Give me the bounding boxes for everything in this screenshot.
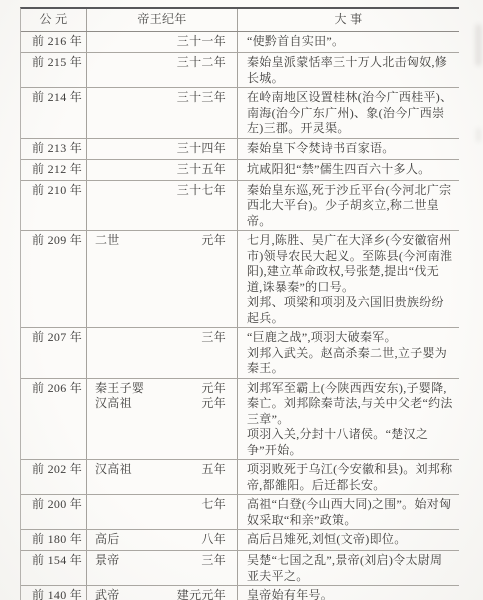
reign-year: 七年: [201, 497, 226, 513]
reign-year: 三十七年: [177, 183, 226, 199]
reign-cell: 高后八年: [87, 530, 238, 550]
reign-line: 三十五年: [95, 162, 226, 178]
table-row: 前 140 年武帝建元元年皇帝始有年号。: [21, 586, 459, 600]
reign-line: 高后八年: [95, 532, 226, 548]
event-cell: 皇帝始有年号。: [238, 586, 459, 600]
reign-year: 元年: [201, 396, 226, 412]
event-paragraph: 高后吕雉死,刘恒(文帝)即位。: [247, 532, 453, 548]
reign-cell: 二世元年: [87, 231, 238, 327]
event-paragraph: 吴楚“七国之乱”,景帝(刘启)令太尉周亚夫平之。: [247, 553, 453, 584]
reign-line: 七年: [95, 497, 226, 513]
reign-year: 三年: [201, 330, 226, 346]
event-cell: 高后吕雉死,刘恒(文帝)即位。: [238, 530, 459, 550]
table-row: 前 216 年三十一年“使黔首自实田”。: [21, 32, 459, 53]
event-paragraph: 七月,陈胜、吴广在大泽乡(今安徽宿州市)领导农民大起义。至陈县(今河南淮阳),建…: [247, 233, 453, 295]
ce-year-cell: 前 154 年: [21, 551, 87, 585]
event-paragraph: “巨鹿之战”,项羽大破秦军。: [247, 330, 453, 346]
event-cell: 在岭南地区设置桂林(治今广西桂平)、南海(治今广东广州)、象(治今广西崇左)三郡…: [238, 88, 459, 138]
ce-year-cell: 前 200 年: [21, 495, 87, 529]
reign-cell: 三十一年: [87, 32, 238, 52]
ce-year-cell: 前 212 年: [21, 160, 87, 180]
reign-year: 八年: [201, 532, 226, 548]
scan-artifact: [476, 128, 481, 142]
event-cell: 坑咸阳犯“禁”儒生四百六十多人。: [238, 160, 459, 180]
chronology-table: 公 元 帝王纪年 大 事 前 216 年三十一年“使黔首自实田”。前 215 年…: [20, 7, 459, 600]
reign-line: 三十四年: [95, 141, 226, 157]
event-cell: 刘邦军至霸上(今陕西西安东),子婴降,秦亡。刘邦除秦苛法,与关中父老“约法三章”…: [238, 379, 459, 460]
event-paragraph: 刘邦军至霸上(今陕西西安东),子婴降,秦亡。刘邦除秦苛法,与关中父老“约法三章”…: [247, 381, 453, 428]
event-paragraph: 秦始皇下令焚诗书百家语。: [247, 141, 453, 157]
event-cell: “巨鹿之战”,项羽大破秦军。刘邦入武关。赵高杀秦二世,立子婴为秦王。: [238, 328, 459, 378]
table-body: 前 216 年三十一年“使黔首自实田”。前 215 年三十二年秦始皇派蒙恬率三十…: [21, 32, 459, 600]
reign-line: 秦王子婴元年: [95, 381, 226, 397]
event-paragraph: 刘邦入武关。赵高杀秦二世,立子婴为秦王。: [247, 346, 453, 377]
reign-year: 三十三年: [177, 90, 226, 106]
header-common-era: 公 元: [21, 9, 87, 31]
reign-cell: 三十五年: [87, 160, 238, 180]
event-paragraph: 项羽败死于乌江(今安徽和县)。刘邦称帝,都雒阳。后迁都长安。: [247, 462, 453, 493]
reign-year: 元年: [201, 381, 226, 397]
reign-line: 三十二年: [95, 55, 226, 71]
reign-line: 三十七年: [95, 183, 226, 199]
reign-line: 三十一年: [95, 34, 226, 50]
event-paragraph: 刘邦、项梁和项羽及六国旧贵族纷纷起兵。: [247, 295, 453, 326]
table-row: 前 207 年三年“巨鹿之战”,项羽大破秦军。刘邦入武关。赵高杀秦二世,立子婴为…: [21, 328, 459, 379]
reign-cell: 三十七年: [87, 181, 238, 231]
reign-cell: 三十二年: [87, 53, 238, 87]
table-row: 前 154 年景帝三年吴楚“七国之乱”,景帝(刘启)令太尉周亚夫平之。: [21, 551, 459, 586]
reign-year: 五年: [201, 462, 226, 478]
reign-cell: 三十四年: [87, 139, 238, 159]
table-row: 前 209 年二世元年七月,陈胜、吴广在大泽乡(今安徽宿州市)领导农民大起义。至…: [21, 231, 459, 328]
reign-line: 三年: [95, 330, 226, 346]
event-paragraph: 坑咸阳犯“禁”儒生四百六十多人。: [247, 162, 453, 178]
header-major-events: 大 事: [238, 9, 459, 31]
event-paragraph: 皇帝始有年号。: [247, 588, 453, 600]
ce-year-cell: 前 214 年: [21, 88, 87, 138]
emperor-name: 二世: [95, 233, 120, 249]
emperor-name: 汉高祖: [95, 462, 132, 478]
event-paragraph: 秦始皇派蒙恬率三十万人北击匈奴,修长城。: [247, 55, 453, 86]
ce-year-cell: 前 207 年: [21, 328, 87, 378]
reign-line: 汉高祖五年: [95, 462, 226, 478]
event-cell: 秦始皇东巡,死于沙丘平台(今河北广宗西北大平台)。少子胡亥立,称二世皇帝。: [238, 181, 459, 231]
table-row: 前 200 年七年高祖“白登(今山西大同)之围”。始对匈奴采取“和亲”政策。: [21, 495, 459, 530]
table-row: 前 214 年三十三年在岭南地区设置桂林(治今广西桂平)、南海(治今广东广州)、…: [21, 88, 459, 139]
ce-year-cell: 前 180 年: [21, 530, 87, 550]
event-cell: 七月,陈胜、吴广在大泽乡(今安徽宿州市)领导农民大起义。至陈县(今河南淮阳),建…: [238, 231, 459, 327]
table-row: 前 215 年三十二年秦始皇派蒙恬率三十万人北击匈奴,修长城。: [21, 53, 459, 88]
ce-year-cell: 前 209 年: [21, 231, 87, 327]
emperor-name: 景帝: [95, 553, 120, 569]
ce-year-cell: 前 210 年: [21, 181, 87, 231]
scan-artifact: [475, 24, 482, 66]
reign-year: 三十一年: [177, 34, 226, 50]
reign-line: 三十三年: [95, 90, 226, 106]
reign-year: 三十五年: [177, 162, 226, 178]
table-row: 前 180 年高后八年高后吕雉死,刘恒(文帝)即位。: [21, 530, 459, 551]
reign-line: 景帝三年: [95, 553, 226, 569]
event-cell: “使黔首自实田”。: [238, 32, 459, 52]
event-cell: 秦始皇下令焚诗书百家语。: [238, 139, 459, 159]
reign-line: 武帝建元元年: [95, 588, 226, 600]
reign-year: 三十四年: [177, 141, 226, 157]
reign-line: 汉高祖元年: [95, 396, 226, 412]
reign-cell: 景帝三年: [87, 551, 238, 585]
reign-cell: 武帝建元元年: [87, 586, 238, 600]
event-paragraph: 在岭南地区设置桂林(治今广西桂平)、南海(治今广东广州)、象(治今广西崇左)三郡…: [247, 90, 453, 137]
reign-cell: 秦王子婴元年汉高祖元年: [87, 379, 238, 460]
reign-year: 三十二年: [177, 55, 226, 71]
reign-cell: 七年: [87, 495, 238, 529]
ce-year-cell: 前 215 年: [21, 53, 87, 87]
ce-year-cell: 前 202 年: [21, 460, 87, 494]
reign-year: 建元元年: [177, 588, 226, 600]
event-paragraph: “使黔首自实田”。: [247, 34, 453, 50]
reign-year: 元年: [201, 233, 226, 249]
reign-year: 三年: [201, 553, 226, 569]
table-header-row: 公 元 帝王纪年 大 事: [21, 9, 459, 32]
reign-cell: 三十三年: [87, 88, 238, 138]
reign-line: 二世元年: [95, 233, 226, 249]
event-cell: 项羽败死于乌江(今安徽和县)。刘邦称帝,都雒阳。后迁都长安。: [238, 460, 459, 494]
emperor-name: 高后: [95, 532, 120, 548]
event-cell: 秦始皇派蒙恬率三十万人北击匈奴,修长城。: [238, 53, 459, 87]
ce-year-cell: 前 216 年: [21, 32, 87, 52]
reign-cell: 三年: [87, 328, 238, 378]
event-paragraph: 项羽入关,分封十八诸侯。“楚汉之争”开始。: [247, 427, 453, 458]
event-cell: 高祖“白登(今山西大同)之围”。始对匈奴采取“和亲”政策。: [238, 495, 459, 529]
table-row: 前 213 年三十四年秦始皇下令焚诗书百家语。: [21, 139, 459, 160]
emperor-name: 武帝: [95, 588, 120, 600]
book-page-scan: 公 元 帝王纪年 大 事 前 216 年三十一年“使黔首自实田”。前 215 年…: [0, 0, 483, 600]
table-row: 前 206 年秦王子婴元年汉高祖元年刘邦军至霸上(今陕西西安东),子婴降,秦亡。…: [21, 379, 459, 461]
table-row: 前 212 年三十五年坑咸阳犯“禁”儒生四百六十多人。: [21, 160, 459, 181]
emperor-name: 秦王子婴: [95, 381, 144, 397]
ce-year-cell: 前 206 年: [21, 379, 87, 460]
event-paragraph: 秦始皇东巡,死于沙丘平台(今河北广宗西北大平台)。少子胡亥立,称二世皇帝。: [247, 183, 453, 230]
ce-year-cell: 前 213 年: [21, 139, 87, 159]
table-row: 前 202 年汉高祖五年项羽败死于乌江(今安徽和县)。刘邦称帝,都雒阳。后迁都长…: [21, 460, 459, 495]
ce-year-cell: 前 140 年: [21, 586, 87, 600]
reign-cell: 汉高祖五年: [87, 460, 238, 494]
event-cell: 吴楚“七国之乱”,景帝(刘启)令太尉周亚夫平之。: [238, 551, 459, 585]
emperor-name: 汉高祖: [95, 396, 132, 412]
event-paragraph: 高祖“白登(今山西大同)之围”。始对匈奴采取“和亲”政策。: [247, 497, 453, 528]
table-row: 前 210 年三十七年秦始皇东巡,死于沙丘平台(今河北广宗西北大平台)。少子胡亥…: [21, 181, 459, 232]
header-reign-year: 帝王纪年: [87, 9, 238, 31]
